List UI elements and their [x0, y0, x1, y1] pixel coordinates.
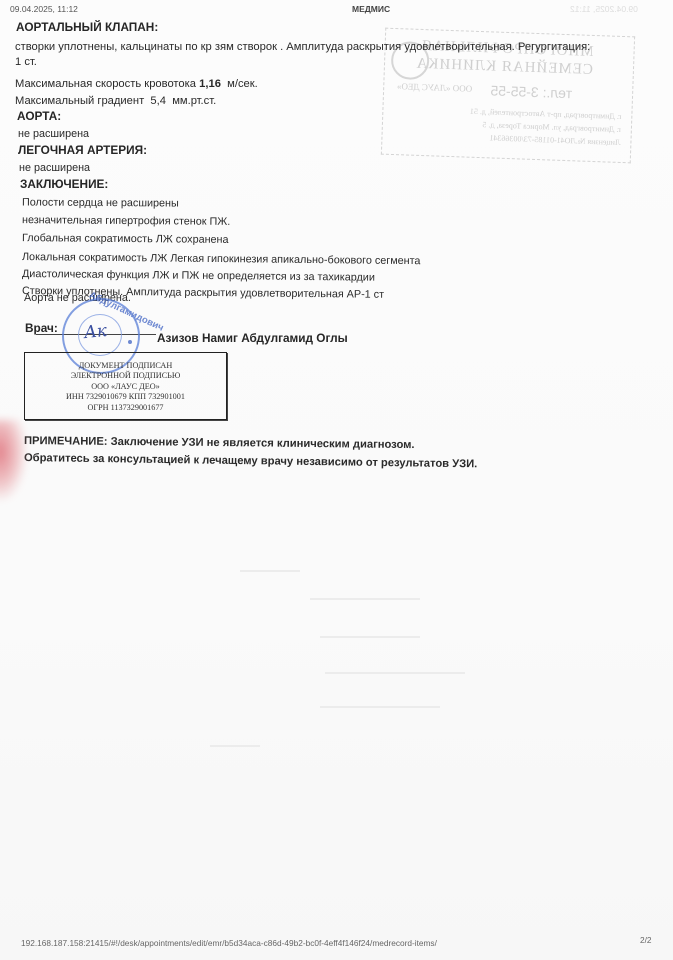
conclusion-line: Локальная сократимость ЛЖ Легкая гипокин…	[22, 251, 421, 268]
stamp-dot	[128, 340, 132, 344]
esign-line: ООО «ЛАУС ДЕО»	[25, 382, 226, 392]
stamp-org: ООО «ЛАУС ДЕО»	[397, 81, 473, 94]
max-gradient-label: Максимальный градиент	[15, 95, 144, 107]
conclusion-line: Глобальная сократимость ЛЖ сохранена	[22, 232, 229, 247]
aortic-valve-description: створки уплотнены, кальцинаты по кр зям …	[15, 41, 590, 54]
esign-line: ИНН 7329010679 КПП 732901001	[25, 392, 226, 402]
app-name: МЕДМИС	[352, 4, 390, 14]
max-gradient-value: 5,4	[150, 95, 166, 107]
finger-smudge	[0, 420, 26, 500]
conclusion-line: Полости сердца не расширены	[22, 196, 179, 210]
conclusion-line: Диастолическая функция ЛЖ и ПЖ не опреде…	[22, 268, 375, 285]
conclusion-heading: ЗАКЛЮЧЕНИЕ:	[20, 178, 108, 191]
print-timestamp: 09.04.2025, 11:12	[10, 4, 78, 14]
esign-line: ДОКУМЕНТ ПОДПИСАН	[25, 361, 226, 371]
max-velocity-unit: м/сек.	[227, 78, 258, 90]
bleedthrough-mark	[210, 745, 260, 747]
stamp-license: Лицензия №.ЛО41-01185-73/00366341	[489, 133, 620, 147]
esign-line: ОГРН 1137329001677	[25, 403, 226, 413]
aortic-valve-heading: АОРТАЛЬНЫЙ КЛАПАН:	[16, 21, 158, 34]
page-url: 192.168.187.158:21415/#!/desk/appointmen…	[21, 938, 437, 948]
max-gradient-unit: мм.рт.ст.	[172, 95, 216, 107]
electronic-signature-box: ДОКУМЕНТ ПОДПИСАН ЭЛЕКТРОННОЙ ПОДПИСЬЮ О…	[24, 352, 227, 420]
page-number: 2/2	[640, 935, 652, 945]
handwritten-signature: Ак	[83, 321, 108, 343]
stamp-address: г. Димитровград, ул. Мориса Тореза, д. 5	[482, 120, 621, 134]
pulmonary-artery-heading: ЛЕГОЧНАЯ АРТЕРИЯ:	[18, 144, 147, 157]
stamp-phone: тел.: 3-55-55	[490, 82, 572, 101]
max-velocity-value: 1,16	[199, 78, 221, 90]
stamp-address: г. Димитровград, пр-т Автостроителей, д.…	[470, 107, 622, 121]
note-line-1: ПРИМЕЧАНИЕ: Заключение УЗИ не является к…	[24, 435, 415, 451]
aorta-value: не расширена	[18, 128, 89, 141]
max-velocity-row: Максимальная скорость кровотока 1,16 м/с…	[15, 78, 258, 91]
bleedthrough-mark	[320, 636, 420, 638]
aortic-valve-description-cont: 1 ст.	[15, 56, 37, 69]
bleedthrough-mark	[240, 570, 300, 572]
document-page: 09.04.2025, 11:12 МЕДМИС 09.04.2025, 11:…	[0, 0, 673, 960]
doctor-name: Азизов Намиг Абдулгамид Оглы	[157, 332, 348, 345]
note-line-2: Обратитесь за консультацией к лечащему в…	[24, 452, 477, 470]
bleedthrough-mark	[325, 672, 465, 674]
aorta-heading: АОРТА:	[17, 110, 61, 123]
esign-line: ЭЛЕКТРОННОЙ ПОДПИСЬЮ	[25, 371, 226, 381]
bleedthrough-mark	[320, 706, 440, 708]
conclusion-line: незначительная гипертрофия стенок ПЖ.	[22, 214, 230, 229]
bleedthrough-mark	[310, 598, 420, 600]
bleedthrough-timestamp: 09.04.2025, 11:12	[570, 4, 638, 14]
max-gradient-row: Максимальный градиент 5,4 мм.рт.ст.	[15, 95, 216, 108]
max-velocity-label: Максимальная скорость кровотока	[15, 78, 196, 90]
pulmonary-artery-value: не расширена	[19, 162, 90, 175]
